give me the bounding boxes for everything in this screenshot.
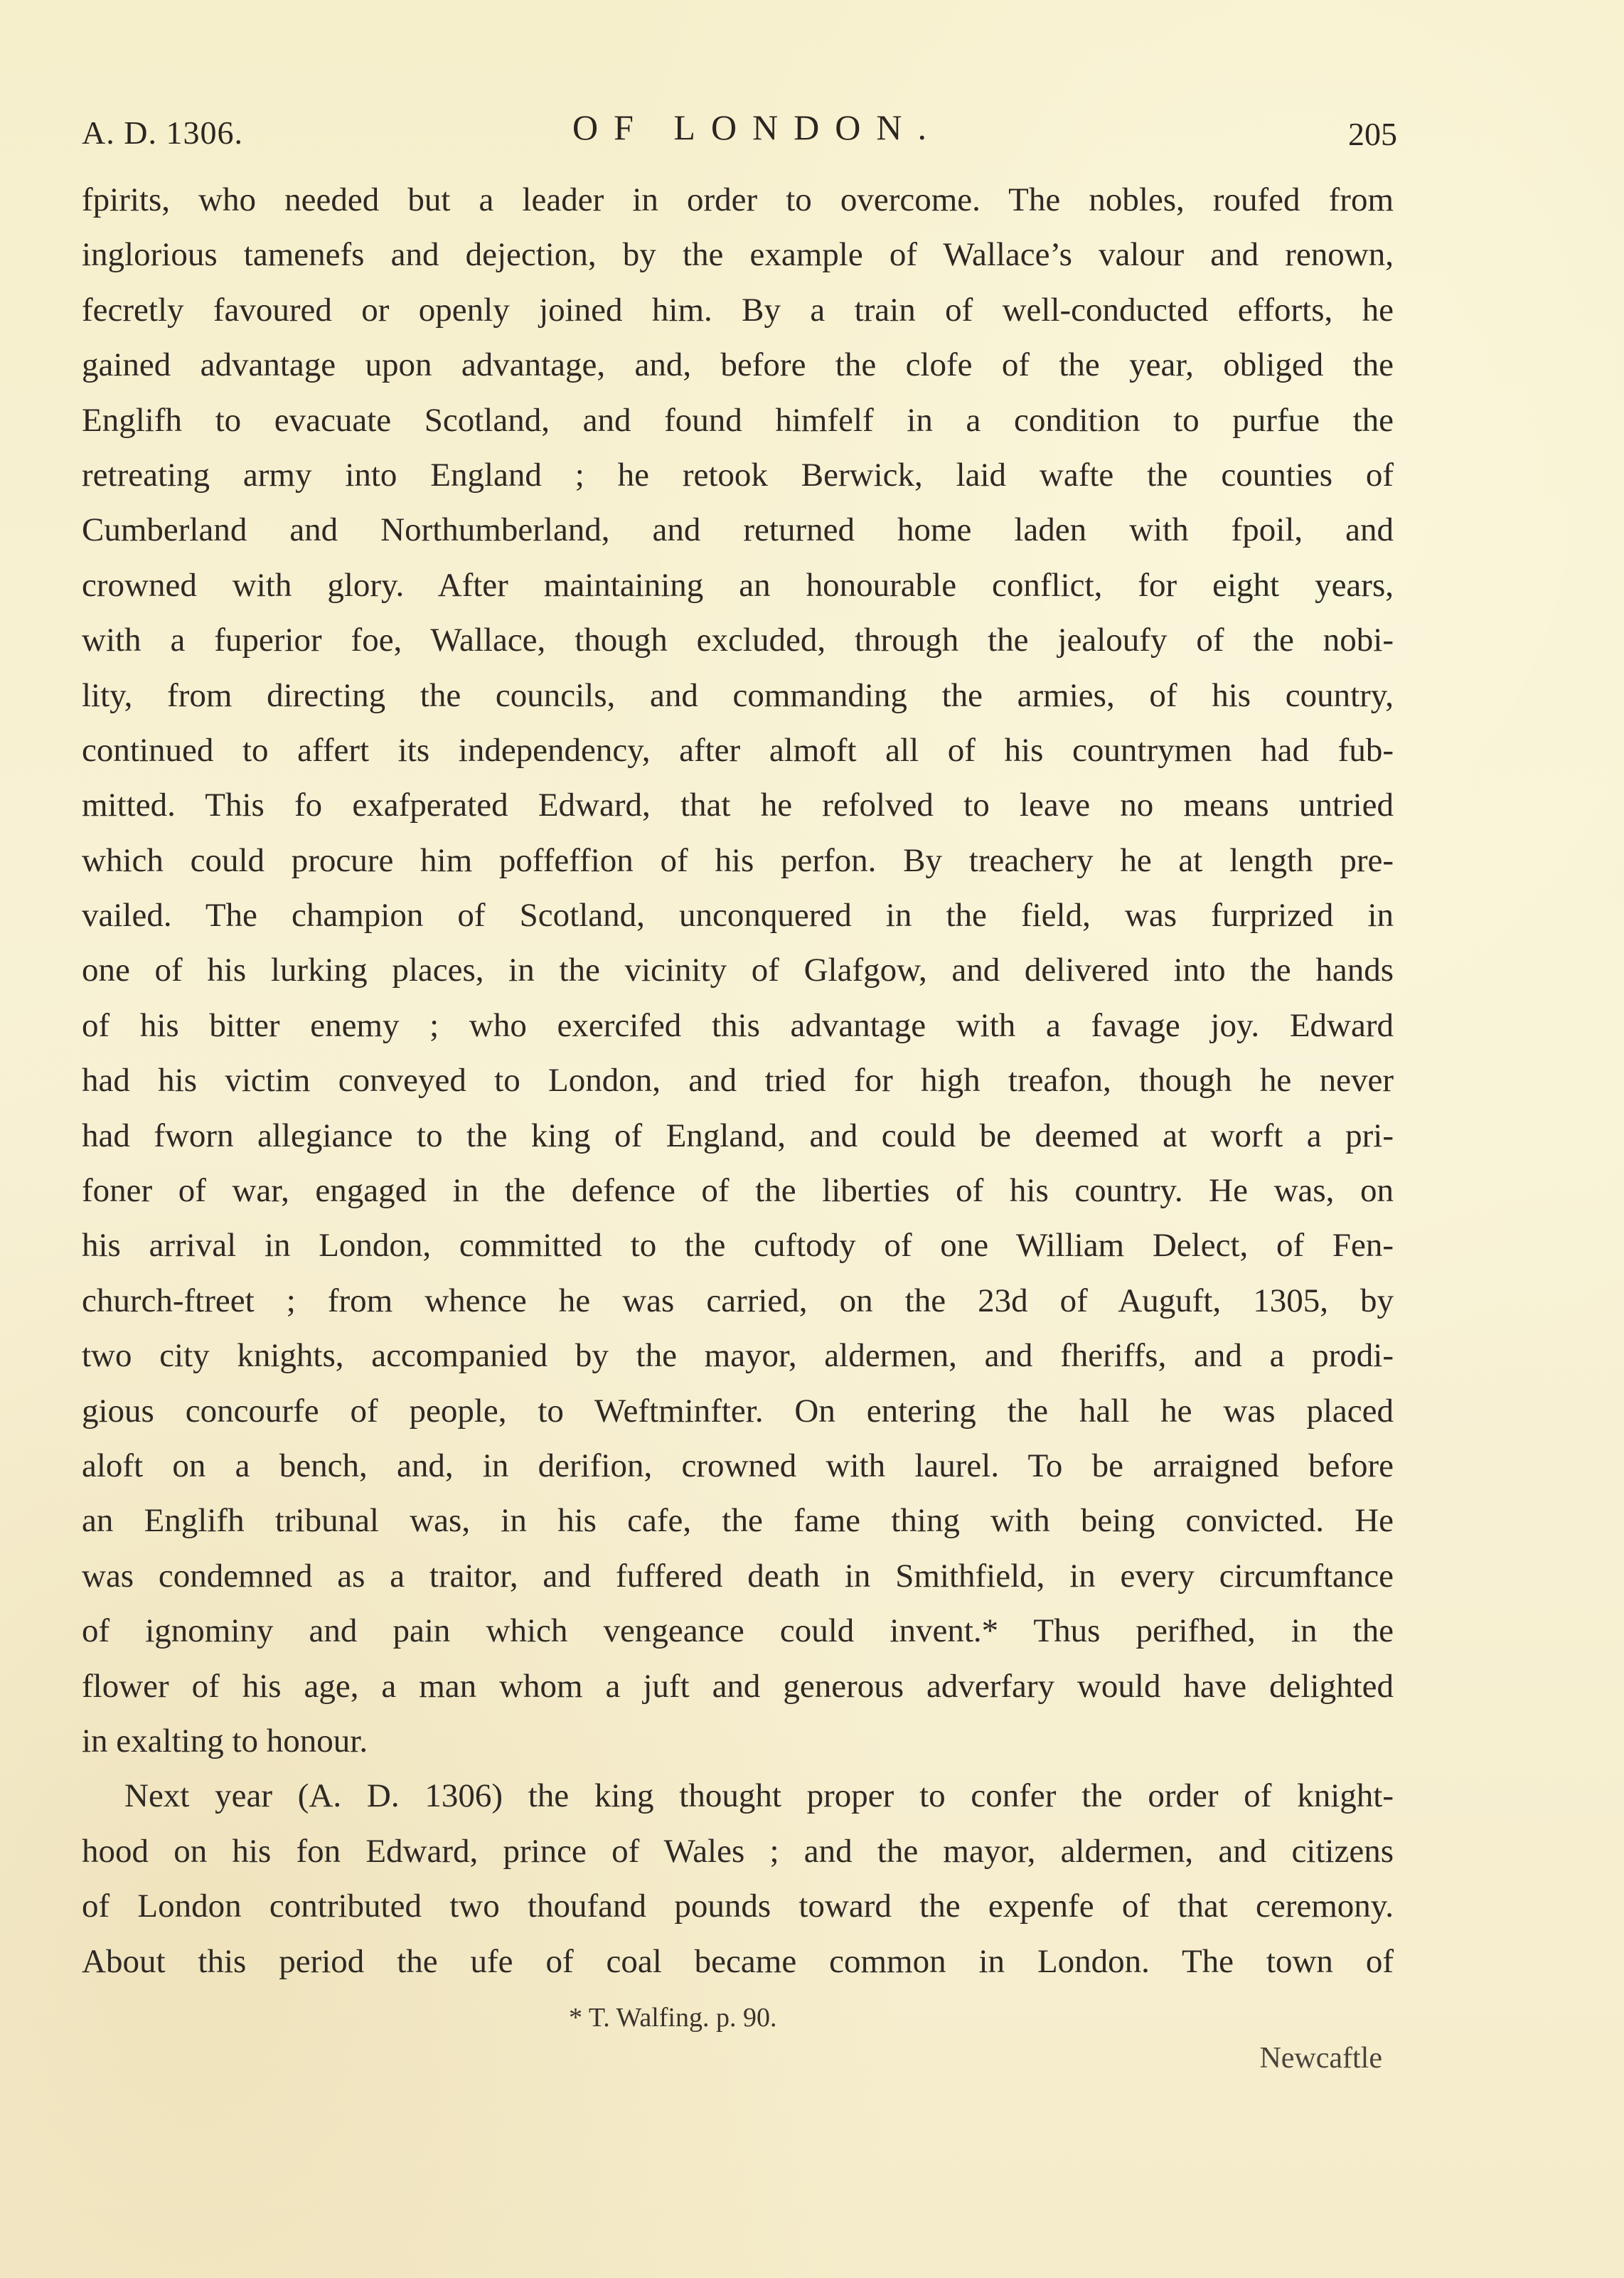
running-head-year: A. D. 1306. bbox=[82, 114, 243, 151]
book-page: A. D. 1306. OF LONDON. 205 fpirits, who … bbox=[0, 0, 1624, 2278]
text-line: About this period the ufe of coal became… bbox=[82, 1934, 1394, 1989]
running-head-title: OF LONDON. bbox=[572, 107, 942, 148]
text-line: which could procure him poffeffion of hi… bbox=[82, 834, 1394, 888]
text-line: gained advantage upon advantage, and, be… bbox=[82, 338, 1394, 393]
text-line: with a fuperior foe, Wallace, though exc… bbox=[82, 613, 1394, 668]
running-head: A. D. 1306. OF LONDON. 205 bbox=[82, 107, 1397, 156]
text-line: of his bitter enemy ; who exercifed this… bbox=[82, 999, 1394, 1053]
text-line: fpirits, who needed but a leader in orde… bbox=[82, 173, 1394, 228]
text-line: crowned with glory. After maintaining an… bbox=[82, 558, 1394, 613]
text-line: of ignominy and pain which vengeance cou… bbox=[82, 1604, 1394, 1659]
text-line: an Englifh tribunal was, in his cafe, th… bbox=[82, 1494, 1394, 1548]
text-line: continued to affert its independency, af… bbox=[82, 723, 1394, 778]
paragraph-2: Next year (A. D. 1306) the king thought … bbox=[82, 1769, 1394, 1989]
text-line: one of his lurking places, in the vicini… bbox=[82, 943, 1394, 998]
text-line: Next year (A. D. 1306) the king thought … bbox=[82, 1769, 1394, 1824]
text-line: two city knights, accompanied by the may… bbox=[82, 1329, 1394, 1383]
text-line: retreating army into England ; he retook… bbox=[82, 448, 1394, 503]
text-line: foner of war, engaged in the defence of … bbox=[82, 1164, 1394, 1218]
text-line: church-ftreet ; from whence he was carri… bbox=[82, 1274, 1394, 1329]
text-line: gious concourfe of people, to Weftminfte… bbox=[82, 1384, 1394, 1439]
text-line: flower of his age, a man whom a juft and… bbox=[82, 1659, 1394, 1714]
catchword: Newcaftle bbox=[1259, 2041, 1382, 2075]
text-line: vailed. The champion of Scotland, unconq… bbox=[82, 888, 1394, 943]
text-line: mitted. This fo exafperated Edward, that… bbox=[82, 778, 1394, 833]
text-line: in exalting to honour. bbox=[82, 1714, 1394, 1769]
text-line: fecretly favoured or openly joined him. … bbox=[82, 283, 1394, 338]
text-line: hood on his fon Edward, prince of Wales … bbox=[82, 1824, 1394, 1879]
page-number: 205 bbox=[1348, 115, 1397, 153]
text-line: his arrival in London, committed to the … bbox=[82, 1218, 1394, 1273]
text-line: inglorious tamenefs and dejection, by th… bbox=[82, 228, 1394, 282]
text-line: had fworn allegiance to the king of Engl… bbox=[82, 1109, 1394, 1164]
body-text: fpirits, who needed but a leader in orde… bbox=[82, 173, 1394, 1989]
text-line: was condemned as a traitor, and fuffered… bbox=[82, 1549, 1394, 1604]
text-line: had his victim conveyed to London, and t… bbox=[82, 1053, 1394, 1108]
text-line: aloft on a bench, and, in derifion, crow… bbox=[82, 1439, 1394, 1494]
paragraph-1: fpirits, who needed but a leader in orde… bbox=[82, 173, 1394, 1769]
text-line: of London contributed two thoufand pound… bbox=[82, 1879, 1394, 1934]
footnote: * T. Walfing. p. 90. bbox=[569, 2002, 776, 2033]
text-line: Englifh to evacuate Scotland, and found … bbox=[82, 393, 1394, 448]
text-line: lity, from directing the councils, and c… bbox=[82, 669, 1394, 723]
text-line: Cumberland and Northumberland, and retur… bbox=[82, 503, 1394, 558]
